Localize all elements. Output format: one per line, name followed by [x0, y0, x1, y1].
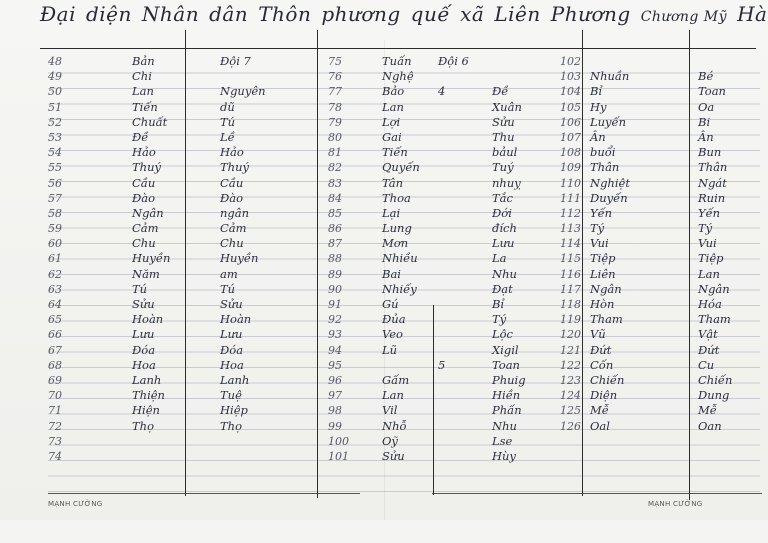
- middle-name-list: 75TuấnĐội 676Nghệ77Bảo4Đề78LanXuân79LợiS…: [320, 54, 580, 464]
- signature: Yến: [698, 206, 720, 221]
- signature: Hùy: [492, 449, 516, 464]
- resident-name: Cảm: [132, 221, 159, 236]
- list-row: 102: [560, 54, 765, 69]
- title-word: Liên: [494, 2, 540, 26]
- list-row: 98VilPhấn: [320, 403, 580, 418]
- resident-name: Hiện: [132, 403, 160, 418]
- row-number: 98: [328, 403, 342, 418]
- signature: Xuân: [492, 100, 522, 115]
- header-rule: [40, 48, 756, 49]
- resident-name: Cốn: [590, 358, 613, 373]
- title-word: Thôn: [258, 2, 311, 26]
- resident-name: Sửu: [382, 449, 405, 464]
- list-row: 92ĐủaTý: [320, 312, 580, 327]
- list-row: 75TuấnĐội 6: [320, 54, 580, 69]
- resident-name: Lan: [382, 388, 404, 403]
- resident-name: Hoa: [132, 358, 156, 373]
- signature: Hiệp: [220, 403, 248, 418]
- resident-name: Nhiều: [382, 251, 418, 266]
- signature: Ngân: [698, 282, 730, 297]
- row-number: 93: [328, 327, 342, 342]
- row-number: 91: [328, 297, 342, 312]
- row-number: 106: [560, 115, 581, 130]
- resident-name: Thiện: [132, 388, 165, 403]
- resident-name: Tham: [590, 312, 623, 327]
- signature: Lse: [492, 434, 512, 449]
- signature: Cầu: [220, 176, 243, 191]
- resident-name: Nhuần: [590, 69, 629, 84]
- list-row: 125MễMễ: [560, 403, 765, 418]
- resident-name: Bảo: [382, 84, 404, 99]
- row-number: 70: [48, 388, 62, 403]
- row-number: 117: [560, 282, 581, 297]
- signature: Thọ: [220, 419, 242, 434]
- row-number: 90: [328, 282, 342, 297]
- row-number: 65: [48, 312, 62, 327]
- signature: ngân: [220, 206, 249, 221]
- signature: Hoa: [220, 358, 244, 373]
- row-number: 114: [560, 236, 581, 251]
- signature: bảul: [492, 145, 517, 160]
- resident-name: Cầu: [132, 176, 155, 191]
- row-number: 61: [48, 251, 62, 266]
- signature: Bi: [698, 115, 710, 130]
- list-row: 955Toan: [320, 358, 580, 373]
- row-number: 116: [560, 267, 581, 282]
- row-number: 125: [560, 403, 581, 418]
- row-number: 77: [328, 84, 342, 99]
- resident-name: Gấm: [382, 373, 409, 388]
- resident-name: Chuất: [132, 115, 167, 130]
- signature: Chu: [220, 236, 244, 251]
- resident-name: Lũ: [382, 343, 397, 358]
- resident-name: Luyến: [590, 115, 626, 130]
- resident-name: Lanh: [132, 373, 161, 388]
- signature: Đới: [492, 206, 512, 221]
- resident-name: Lại: [382, 206, 400, 221]
- list-row: 110NghiệtNgát: [560, 176, 765, 191]
- list-row: 84ThoaTắc: [320, 191, 580, 206]
- row-number: 50: [48, 84, 62, 99]
- row-number: 81: [328, 145, 342, 160]
- list-row: 78LanXuân: [320, 100, 580, 115]
- list-row: 81Tiếnbảul: [320, 145, 580, 160]
- right-name-list: 102103NhuầnBé104BỉToan105HyOa106LuyếnBi1…: [560, 54, 765, 434]
- title-word: xã: [460, 2, 484, 26]
- signature: Sửu: [492, 115, 515, 130]
- signature: Lộc: [492, 327, 513, 342]
- list-row: 51Tiếndũ: [48, 100, 318, 115]
- list-row: 58Ngânngân: [48, 206, 318, 221]
- row-number: 123: [560, 373, 581, 388]
- team-note: Đội 6: [438, 54, 469, 69]
- row-number: 51: [48, 100, 62, 115]
- list-row: 101SửuHùy: [320, 449, 580, 464]
- resident-name: Nghiệt: [590, 176, 630, 191]
- resident-name: Bai: [382, 267, 401, 282]
- signature: dũ: [220, 100, 235, 115]
- row-number: 75: [328, 54, 342, 69]
- row-number: 69: [48, 373, 62, 388]
- resident-name: Tân: [382, 176, 403, 191]
- row-number: 63: [48, 282, 62, 297]
- signature: Tiệp: [698, 251, 724, 266]
- signature: Dung: [698, 388, 729, 403]
- signature: Tuệ: [220, 388, 242, 403]
- list-row: 89BaiNhu: [320, 267, 580, 282]
- title-word: phương: [321, 2, 400, 26]
- resident-name: Năm: [132, 267, 160, 282]
- row-number: 107: [560, 130, 581, 145]
- list-row: 94LũXigil: [320, 343, 580, 358]
- list-row: 72ThọThọ: [48, 419, 318, 434]
- resident-name: Hy: [590, 100, 607, 115]
- list-row: 88NhiềuLa: [320, 251, 580, 266]
- resident-name: Liên: [590, 267, 616, 282]
- list-row: 82QuyếnTuý: [320, 160, 580, 175]
- row-number: 100: [328, 434, 349, 449]
- list-row: 111DuyếnRuin: [560, 191, 765, 206]
- resident-name: Chiến: [590, 373, 624, 388]
- resident-name: Nghệ: [382, 69, 414, 84]
- row-number: 105: [560, 100, 581, 115]
- row-number: 52: [48, 115, 62, 130]
- signature: Cảm: [220, 221, 247, 236]
- list-row: 67ĐóaĐóa: [48, 343, 318, 358]
- list-row: 115TiệpTiệp: [560, 251, 765, 266]
- row-number: 103: [560, 69, 581, 84]
- resident-name: Oỹ: [382, 434, 398, 449]
- row-number: 110: [560, 176, 581, 191]
- title-word: dân: [209, 2, 248, 26]
- row-number: 48: [48, 54, 62, 69]
- team-note: 4: [438, 84, 445, 99]
- list-row: 79LợiSửu: [320, 115, 580, 130]
- resident-name: Thân: [590, 160, 619, 175]
- list-row: 91GúBỉ: [320, 297, 580, 312]
- signature: Đào: [220, 191, 243, 206]
- list-row: 112YếnYến: [560, 206, 765, 221]
- row-number: 88: [328, 251, 342, 266]
- resident-name: Vũ: [590, 327, 606, 342]
- signature: Phấn: [492, 403, 522, 418]
- signature: Mễ: [698, 403, 717, 418]
- title-word: diện: [86, 2, 132, 26]
- list-row: 86Lungđích: [320, 221, 580, 236]
- signature: Thuý: [220, 160, 249, 175]
- signature: Toan: [698, 84, 726, 99]
- list-row: 90NhiếyĐạt: [320, 282, 580, 297]
- resident-name: Yến: [590, 206, 612, 221]
- resident-name: Quyến: [382, 160, 420, 175]
- footer-brand-right: MẠNH CƯỜNG: [648, 500, 703, 508]
- list-row: 109ThânThân: [560, 160, 765, 175]
- row-number: 57: [48, 191, 62, 206]
- resident-name: Thoa: [382, 191, 411, 206]
- resident-name: Tiến: [382, 145, 408, 160]
- signature: nhuỵ: [492, 176, 521, 191]
- row-number: 56: [48, 176, 62, 191]
- row-number: 67: [48, 343, 62, 358]
- signature: Hóa: [698, 297, 722, 312]
- row-number: 62: [48, 267, 62, 282]
- list-row: 120VũVật: [560, 327, 765, 342]
- resident-name: Ngân: [132, 206, 164, 221]
- list-row: 126OalOan: [560, 419, 765, 434]
- list-row: 77Bảo4Đề: [320, 84, 580, 99]
- row-number: 68: [48, 358, 62, 373]
- footer-rule-left: [48, 493, 360, 494]
- list-row: 56CầuCầu: [48, 176, 318, 191]
- title-word: Đại: [40, 2, 76, 26]
- list-row: 104BỉToan: [560, 84, 765, 99]
- list-row: 99NhỗNhu: [320, 419, 580, 434]
- row-number: 72: [48, 419, 62, 434]
- list-row: 70ThiệnTuệ: [48, 388, 318, 403]
- resident-name: Veo: [382, 327, 403, 342]
- list-row: 71HiệnHiệp: [48, 403, 318, 418]
- resident-name: Lưu: [132, 327, 154, 342]
- list-row: 52ChuấtTú: [48, 115, 318, 130]
- resident-name: Tiệp: [590, 251, 616, 266]
- row-number: 84: [328, 191, 342, 206]
- list-row: 54HảoHảo: [48, 145, 318, 160]
- signature: đích: [492, 221, 517, 236]
- row-number: 102: [560, 54, 581, 69]
- row-number: 54: [48, 145, 62, 160]
- row-number: 99: [328, 419, 342, 434]
- resident-name: Mơn: [382, 236, 408, 251]
- signature: Bỉ: [492, 297, 504, 312]
- row-number: 78: [328, 100, 342, 115]
- row-number: 86: [328, 221, 342, 236]
- title-word: Phương: [551, 2, 631, 26]
- signature: Lanh: [220, 373, 249, 388]
- row-number: 53: [48, 130, 62, 145]
- list-row: 119ThamTham: [560, 312, 765, 327]
- row-number: 64: [48, 297, 62, 312]
- list-row: 105HyOa: [560, 100, 765, 115]
- signature: Huyền: [220, 251, 258, 266]
- title-word: quế: [411, 2, 451, 26]
- list-row: 113TýTý: [560, 221, 765, 236]
- row-number: 60: [48, 236, 62, 251]
- resident-name: Gú: [382, 297, 399, 312]
- signature: Đóa: [220, 343, 243, 358]
- resident-name: Đề: [132, 130, 148, 145]
- row-number: 96: [328, 373, 342, 388]
- list-row: 118HònHóa: [560, 297, 765, 312]
- row-number: 49: [48, 69, 62, 84]
- list-row: 55ThuýThuý: [48, 160, 318, 175]
- resident-name: Chi: [132, 69, 152, 84]
- row-number: 108: [560, 145, 581, 160]
- title-word: Nhân: [142, 2, 199, 26]
- title-word: Hà Tây: [737, 2, 768, 26]
- list-row: 57ĐàoĐào: [48, 191, 318, 206]
- list-row: 66LưuLưu: [48, 327, 318, 342]
- row-number: 59: [48, 221, 62, 236]
- list-row: 61HuyềnHuyền: [48, 251, 318, 266]
- resident-name: Hảo: [132, 145, 156, 160]
- resident-name: Tiến: [132, 100, 158, 115]
- resident-name: Nhỗ: [382, 419, 407, 434]
- list-row: 103NhuầnBé: [560, 69, 765, 84]
- signature: Bun: [698, 145, 721, 160]
- signature: Ngát: [698, 176, 727, 191]
- signature: Lưu: [220, 327, 242, 342]
- row-number: 87: [328, 236, 342, 251]
- signature: Bé: [698, 69, 713, 84]
- list-row: 106LuyếnBi: [560, 115, 765, 130]
- list-row: 123ChiếnChiến: [560, 373, 765, 388]
- list-row: 49Chi: [48, 69, 318, 84]
- signature: Thân: [698, 160, 727, 175]
- signature: Đội 7: [220, 54, 251, 69]
- row-number: 113: [560, 221, 581, 236]
- resident-name: Lan: [132, 84, 154, 99]
- team-note: 5: [438, 358, 445, 373]
- resident-name: Đào: [132, 191, 155, 206]
- signature: Thu: [492, 130, 514, 145]
- resident-name: Mễ: [590, 403, 609, 418]
- signature: Lan: [698, 267, 720, 282]
- list-row: 59CảmCảm: [48, 221, 318, 236]
- signature: Tú: [220, 115, 235, 130]
- signature: Tú: [220, 282, 235, 297]
- resident-name: Gai: [382, 130, 402, 145]
- resident-name: Nhiếy: [382, 282, 417, 297]
- row-number: 95: [328, 358, 342, 373]
- resident-name: Bản: [132, 54, 155, 69]
- list-row: 62Nămam: [48, 267, 318, 282]
- list-row: 114VuiVui: [560, 236, 765, 251]
- scanned-paper: ĐạidiệnNhândânThônphươngquếxãLiênPhươngC…: [0, 0, 768, 520]
- title-word: Chương Mỹ: [641, 9, 727, 25]
- signature: Lề: [220, 130, 235, 145]
- list-row: 65HoànHoàn: [48, 312, 318, 327]
- resident-name: Vil: [382, 403, 397, 418]
- list-row: 53ĐềLề: [48, 130, 318, 145]
- signature: Hiền: [492, 388, 520, 403]
- signature: Đứt: [698, 343, 719, 358]
- signature: Oa: [698, 100, 714, 115]
- list-row: 93VeoLộc: [320, 327, 580, 342]
- row-number: 104: [560, 84, 581, 99]
- list-row: 76Nghệ: [320, 69, 580, 84]
- resident-name: Hòn: [590, 297, 614, 312]
- row-number: 85: [328, 206, 342, 221]
- list-row: 116LiênLan: [560, 267, 765, 282]
- signature: La: [492, 251, 507, 266]
- row-number: 82: [328, 160, 342, 175]
- signature: Tham: [698, 312, 731, 327]
- list-row: 96GấmPhuig: [320, 373, 580, 388]
- list-row: 85LạiĐới: [320, 206, 580, 221]
- resident-name: Vui: [590, 236, 609, 251]
- row-number: 58: [48, 206, 62, 221]
- signature: Chiến: [698, 373, 732, 388]
- signature: Toan: [492, 358, 520, 373]
- list-row: 74: [48, 449, 318, 464]
- list-row: 83Tânnhuỵ: [320, 176, 580, 191]
- signature: Đạt: [492, 282, 513, 297]
- row-number: 122: [560, 358, 581, 373]
- row-number: 76: [328, 69, 342, 84]
- resident-name: Oal: [590, 419, 610, 434]
- row-number: 101: [328, 449, 349, 464]
- list-row: 69LanhLanh: [48, 373, 318, 388]
- list-row: 124DiệnDung: [560, 388, 765, 403]
- list-row: 80GaiThu: [320, 130, 580, 145]
- resident-name: Tý: [590, 221, 604, 236]
- signature: Vật: [698, 327, 718, 342]
- resident-name: Thuý: [132, 160, 161, 175]
- resident-name: Duyến: [590, 191, 628, 206]
- resident-name: buổi: [590, 145, 615, 160]
- row-number: 89: [328, 267, 342, 282]
- row-number: 97: [328, 388, 342, 403]
- row-number: 74: [48, 449, 62, 464]
- signature: Nguyên: [220, 84, 266, 99]
- row-number: 124: [560, 388, 581, 403]
- row-number: 109: [560, 160, 581, 175]
- resident-name: Hoàn: [132, 312, 163, 327]
- row-number: 55: [48, 160, 62, 175]
- resident-name: Đứt: [590, 343, 611, 358]
- signature: Vui: [698, 236, 717, 251]
- list-row: 60ChuChu: [48, 236, 318, 251]
- list-row: 108buổiBun: [560, 145, 765, 160]
- list-row: 64SửuSửu: [48, 297, 318, 312]
- list-row: 73: [48, 434, 318, 449]
- resident-name: Lan: [382, 100, 404, 115]
- list-row: 97LanHiền: [320, 388, 580, 403]
- row-number: 112: [560, 206, 581, 221]
- row-number: 80: [328, 130, 342, 145]
- signature: Oan: [698, 419, 722, 434]
- list-row: 100OỹLse: [320, 434, 580, 449]
- signature: Nhu: [492, 419, 517, 434]
- row-number: 92: [328, 312, 342, 327]
- left-name-list: 48BảnĐội 749Chi50LanNguyên51Tiếndũ52Chuấ…: [48, 54, 318, 464]
- resident-name: Bỉ: [590, 84, 602, 99]
- signature: Hảo: [220, 145, 244, 160]
- list-row: 68HoaHoa: [48, 358, 318, 373]
- signature: am: [220, 267, 238, 282]
- signature: Ruin: [698, 191, 725, 206]
- row-number: 115: [560, 251, 581, 266]
- row-number: 111: [560, 191, 581, 206]
- resident-name: Tú: [132, 282, 147, 297]
- list-row: 50LanNguyên: [48, 84, 318, 99]
- list-row: 48BảnĐội 7: [48, 54, 318, 69]
- signature: Tý: [698, 221, 712, 236]
- resident-name: Huyền: [132, 251, 170, 266]
- list-row: 107ÂnÂn: [560, 130, 765, 145]
- signature: Cu: [698, 358, 714, 373]
- row-number: 73: [48, 434, 62, 449]
- signature: Phuig: [492, 373, 526, 388]
- resident-name: Diện: [590, 388, 617, 403]
- resident-name: Ân: [590, 130, 606, 145]
- resident-name: Lung: [382, 221, 412, 236]
- list-row: 87MơnLưu: [320, 236, 580, 251]
- row-number: 79: [328, 115, 342, 130]
- signature: Tý: [492, 312, 506, 327]
- row-number: 119: [560, 312, 581, 327]
- signature: Sửu: [220, 297, 243, 312]
